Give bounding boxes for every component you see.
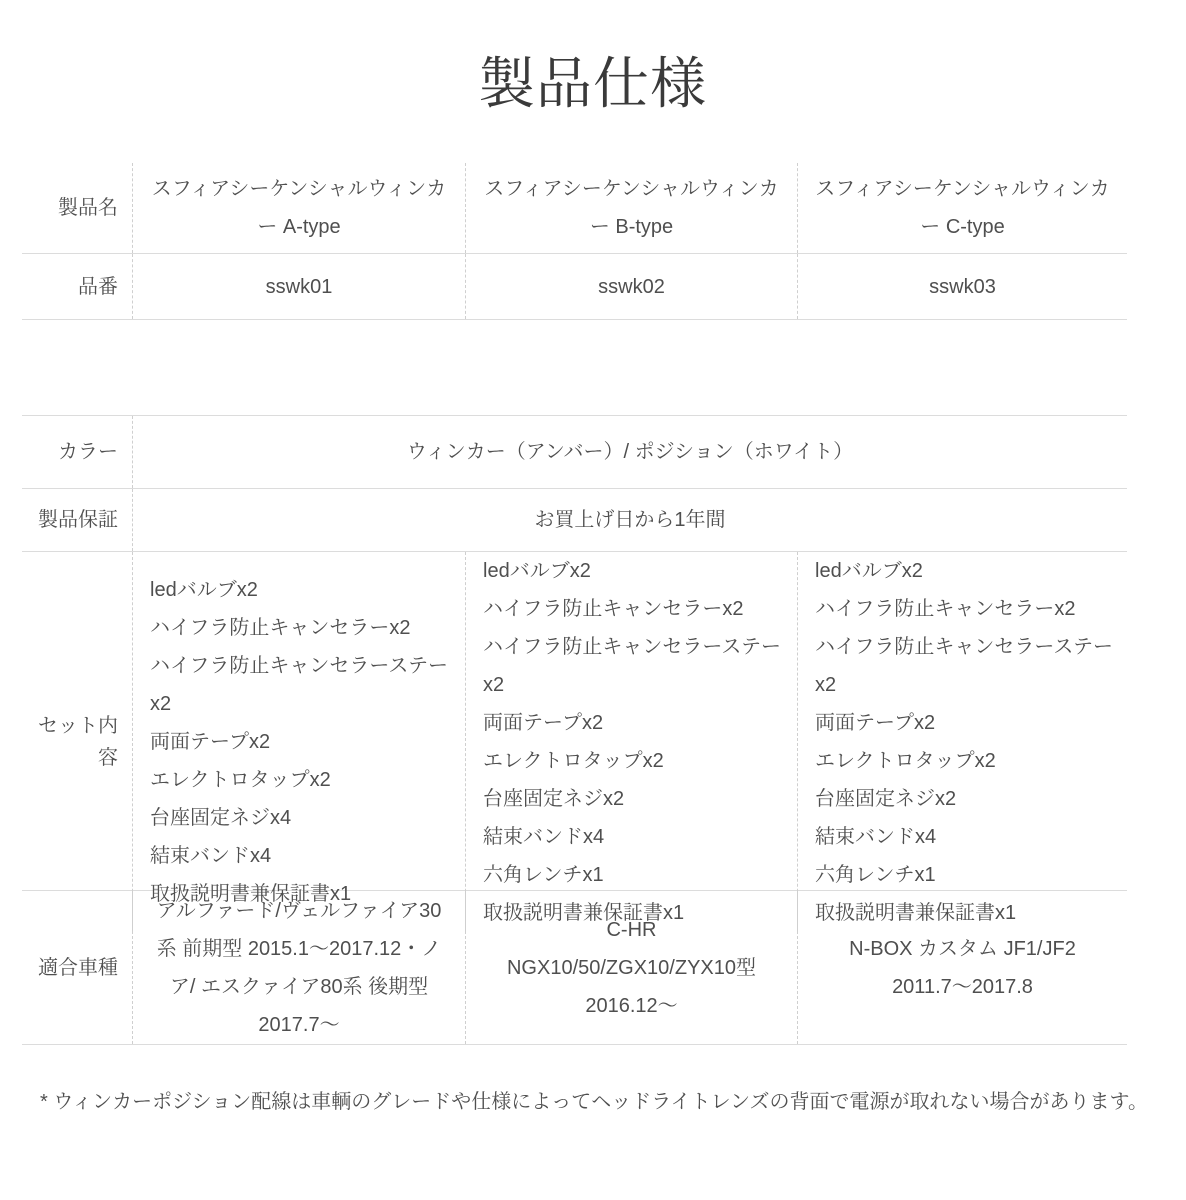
row-label-set-contents: セット内容 [22,552,132,932]
color-value: ウィンカー（アンバー）/ ポジション（ホワイト） [132,416,1127,488]
spec-table: 製品名 スフィアシーケンシャルウィンカ ー A-type スフィアシーケンシャル… [22,163,1127,1045]
row-set-contents: セット内容 ledバルブx2ハイフラ防止キャンセラーx2ハイフラ防止キャンセラー… [22,552,1127,891]
set-content-item: ledバルブx2 [815,552,923,590]
set-content-item: エレクトロタップx2 [815,742,996,780]
set-content-item: ハイフラ防止キャンセラーx2 [150,609,411,647]
row-label-color: カラー [22,416,132,488]
warranty-value: お買上げ日から1年間 [132,489,1127,551]
product-name-b: スフィアシーケンシャルウィンカ ー B-type [465,163,797,253]
row-part-number: 品番 sswk01 sswk02 sswk03 [22,254,1127,320]
set-content-item: ledバルブx2 [150,571,258,609]
row-color: カラー ウィンカー（アンバー）/ ポジション（ホワイト） [22,415,1127,489]
set-content-item: 六角レンチx1 [815,856,936,894]
row-product-name: 製品名 スフィアシーケンシャルウィンカ ー A-type スフィアシーケンシャル… [22,163,1127,254]
set-content-item: ハイフラ防止キャンセラーステー x2 [815,628,1113,704]
set-contents-b: ledバルブx2ハイフラ防止キャンセラーx2ハイフラ防止キャンセラーステー x2… [465,552,797,932]
set-content-item: 結束バンドx4 [150,837,271,875]
set-contents-a: ledバルブx2ハイフラ防止キャンセラーx2ハイフラ防止キャンセラーステー x2… [132,552,465,932]
set-content-item: 六角レンチx1 [483,856,604,894]
set-content-item: 両面テープx2 [483,704,603,742]
row-label-warranty: 製品保証 [22,489,132,551]
set-content-item: ハイフラ防止キャンセラーステー x2 [150,647,448,723]
set-content-item: 両面テープx2 [150,723,270,761]
set-content-item: 台座固定ネジx2 [483,780,624,818]
compatible-vehicles-b: C-HR NGX10/50/ZGX10/ZYX10型 2016.12〜 [465,891,797,1044]
set-content-item: 台座固定ネジx2 [815,780,956,818]
row-warranty: 製品保証 お買上げ日から1年間 [22,489,1127,552]
part-number-a: sswk01 [132,254,465,319]
footnote: * ウィンカーポジション配線は車輌のグレードや仕様によってヘッドライトレンズの背… [40,1087,1186,1117]
product-name-a: スフィアシーケンシャルウィンカ ー A-type [132,163,465,253]
table-section-gap [22,320,1127,415]
row-label-compatible-vehicles: 適合車種 [22,891,132,1044]
page-title: 製品仕様 [0,0,1186,116]
compatible-vehicles-a: アルファード/ヴェルファイア30 系 前期型 2015.1〜2017.12・ノ … [132,891,465,1044]
set-content-item: ハイフラ防止キャンセラーx2 [483,590,744,628]
row-label-part-number: 品番 [22,254,132,319]
compatible-vehicles-c: N-BOX カスタム JF1/JF2 2011.7〜2017.8 [797,891,1127,1044]
set-content-item: 両面テープx2 [815,704,935,742]
set-content-item: 台座固定ネジx4 [150,799,291,837]
set-content-item: 結束バンドx4 [815,818,936,856]
row-compatible-vehicles: 適合車種 アルファード/ヴェルファイア30 系 前期型 2015.1〜2017.… [22,891,1127,1045]
set-content-item: 結束バンドx4 [483,818,604,856]
set-content-item: エレクトロタップx2 [150,761,331,799]
row-label-product-name: 製品名 [22,163,132,253]
set-content-item: エレクトロタップx2 [483,742,664,780]
part-number-c: sswk03 [797,254,1127,319]
part-number-b: sswk02 [465,254,797,319]
set-content-item: ハイフラ防止キャンセラーx2 [815,590,1076,628]
set-content-item: ハイフラ防止キャンセラーステー x2 [483,628,781,704]
set-content-item: ledバルブx2 [483,552,591,590]
set-contents-c: ledバルブx2ハイフラ防止キャンセラーx2ハイフラ防止キャンセラーステー x2… [797,552,1127,932]
product-name-c: スフィアシーケンシャルウィンカ ー C-type [797,163,1127,253]
